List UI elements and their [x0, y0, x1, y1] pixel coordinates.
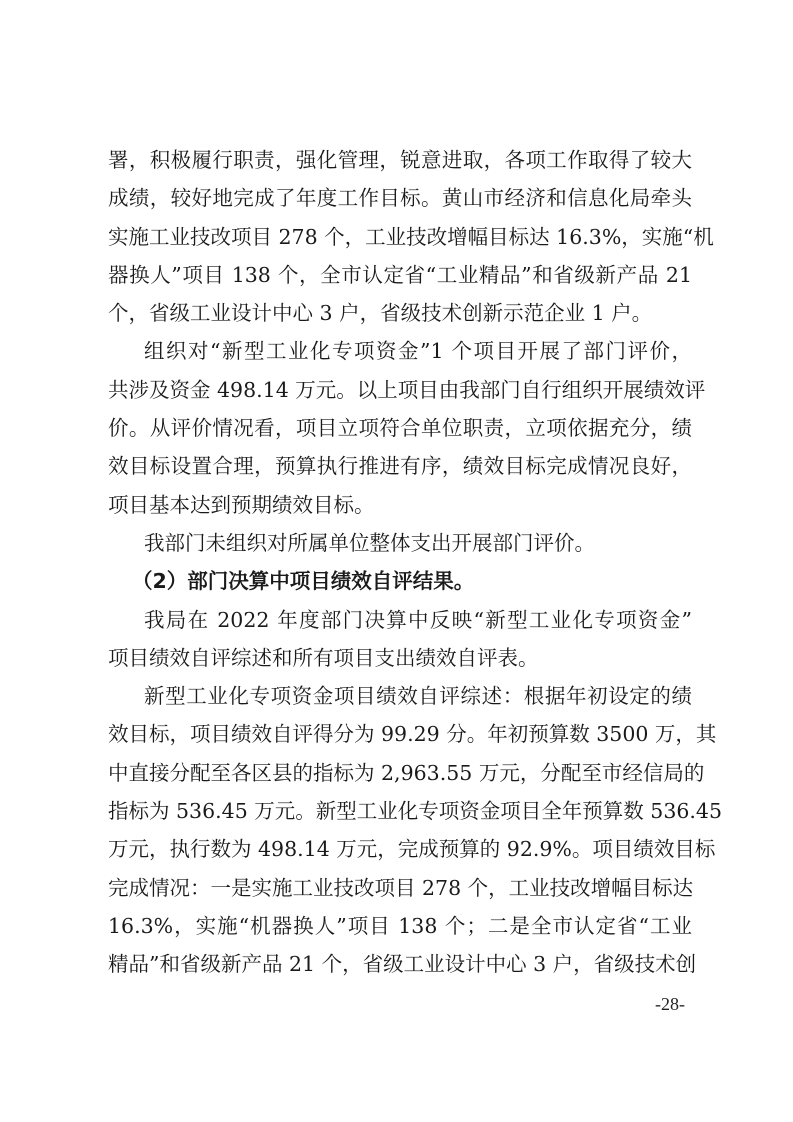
- text-line: 效目标，项目绩效自评得分为 99.29 分。年初预算数 3500 万，其: [108, 715, 692, 753]
- text-line: 实施工业技改项目 278 个，工业技改增幅目标达 16.3%，实施“机: [108, 218, 692, 256]
- text-line: 中直接分配至各区县的指标为 2,963.55 万元，分配至市经信局的: [108, 754, 692, 792]
- text-line: 我部门未组织对所属单位整体支出开展部门评价。: [108, 524, 692, 562]
- text-line: 新型工业化专项资金项目绩效自评综述：根据年初设定的绩: [108, 677, 692, 715]
- text-line: 万元，执行数为 498.14 万元，完成预算的 92.9%。项目绩效目标: [108, 830, 692, 868]
- text-line: 组织对“新型工业化专项资金”1 个项目开展了部门评价，: [108, 332, 692, 370]
- text-line: 我局在 2022 年度部门决算中反映“新型工业化专项资金”: [108, 601, 692, 639]
- text-line: 16.3%，实施“机器换人”项目 138 个；二是全市认定省“工业: [108, 907, 692, 945]
- text-line: 效目标设置合理，预算执行推进有序，绩效目标完成情况良好，: [108, 447, 692, 485]
- text-line: 器换人”项目 138 个，全市认定省“工业精品”和省级新产品 21: [108, 256, 692, 294]
- text-line: 署，积极履行职责，强化管理，锐意进取，各项工作取得了较大: [108, 141, 692, 179]
- text-line: 精品”和省级新产品 21 个，省级工业设计中心 3 户，省级技术创: [108, 945, 692, 983]
- text-line: 个，省级工业设计中心 3 户，省级技术创新示范企业 1 户。: [108, 294, 692, 332]
- text-line: 价。从评价情况看，项目立项符合单位职责，立项依据充分，绩: [108, 409, 692, 447]
- text-line: 共涉及资金 498.14 万元。以上项目由我部门自行组织开展绩效评: [108, 371, 692, 409]
- text-line: 项目基本达到预期绩效目标。: [108, 486, 692, 524]
- text-line: 成绩，较好地完成了年度工作目标。黄山市经济和信息化局牵头: [108, 179, 692, 217]
- section-heading: （2）部门决算中项目绩效自评结果。: [108, 562, 692, 600]
- text-line: 项目绩效自评综述和所有项目支出绩效自评表。: [108, 639, 692, 677]
- page-number: -28-: [655, 994, 685, 1015]
- text-line: 完成情况：一是实施工业技改项目 278 个，工业技改增幅目标达: [108, 869, 692, 907]
- document-body: 署，积极履行职责，强化管理，锐意进取，各项工作取得了较大 成绩，较好地完成了年度…: [108, 141, 692, 984]
- text-line: 指标为 536.45 万元。新型工业化专项资金项目全年预算数 536.45: [108, 792, 692, 830]
